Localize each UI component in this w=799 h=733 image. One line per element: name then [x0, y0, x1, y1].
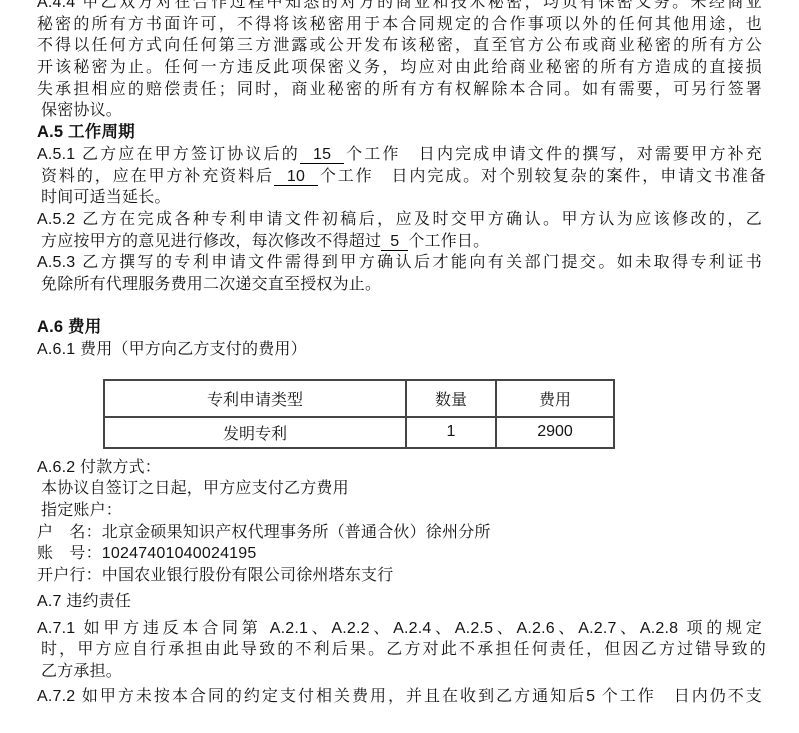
- clause-a44-line4: 开该秘密为止。任何一方违反此项保密义务，均应对由此给商业秘密的所有方造成的直接损: [37, 57, 762, 79]
- clause-a44-line6: 保密协议。: [37, 100, 766, 122]
- bank-line: 开户行：中国农业银行股份有限公司徐州塔东支行: [37, 565, 762, 587]
- account-name-line: 户 名：北京金硕果知识产权代理事务所（普通合伙）徐州分所: [37, 522, 762, 544]
- clause-a53-line1: A.5.3 乙方撰写的专利申请文件需得到甲方确认后才能向有关部门提交。如未取得专…: [37, 252, 762, 274]
- section-heading-a5: A.5 工作周期: [37, 122, 762, 144]
- clause-a44-line2: 秘密的所有方书面许可，不得将该秘密用于本合同规定的合作事项以外的任何其他用途，也: [37, 14, 762, 36]
- fee-table-header-row: 专利申请类型 数量 费用: [104, 380, 614, 417]
- clause-a62: A.6.2 付款方式：: [37, 457, 762, 479]
- section-heading-a7: A.7 违约责任: [37, 591, 762, 613]
- clause-a44-line3: 不得以任何方式向任何第三方泄露或公开发布该秘密，直至官方公布或商业秘密的所有方公: [37, 35, 762, 57]
- clause-a71-line2: 时，甲方应自行承担由此导致的不利后果。乙方对此不承担任何责任，但因乙方过错导致的: [37, 639, 766, 661]
- clause-a71-line3: 乙方承担。: [37, 661, 766, 683]
- fill-in-days-5: 5: [381, 233, 408, 251]
- section-heading-a6: A.6 费用: [37, 317, 762, 339]
- fee-table-header-type: 专利申请类型: [104, 380, 406, 417]
- clause-a51-line1-pre: A.5.1 乙方应在甲方签订协议后的: [37, 146, 300, 163]
- clause-a51-line2: 资料的，应在甲方补充资料后10个工作 日内完成。对个别较复杂的案件，申请文书准备: [37, 166, 766, 188]
- clause-a53-line2: 免除所有代理服务费用二次递交直至授权为止。: [37, 274, 766, 296]
- document-page: A.4.4 甲乙双方对在合作过程中知悉的对方的商业和技术秘密，均负有保密义务。未…: [0, 0, 799, 733]
- payment-line2: 指定账户：: [37, 500, 766, 522]
- fee-table-cell-type: 发明专利: [104, 417, 406, 448]
- fill-in-days-15: 15: [300, 146, 344, 164]
- clause-a72-line1: A.7.2 如甲方未按本合同的约定支付相关费用，并且在收到乙方通知后5 个工作 …: [37, 686, 762, 708]
- clause-a44-line5: 失承担相应的赔偿责任；同时，商业秘密的所有方有权解除本合同。如有需要，可另行签署: [37, 79, 762, 101]
- clause-a61: A.6.1 费用（甲方向乙方支付的费用）: [37, 339, 762, 361]
- clause-a52-line2-pre: 方应按甲方的意见进行修改，每次修改不得超过: [41, 233, 381, 250]
- fee-table-cell-qty: 1: [406, 417, 496, 448]
- clause-a52-line2-post: 个工作日。: [408, 233, 489, 250]
- document-content: A.4.4 甲乙双方对在合作过程中知悉的对方的商业和技术秘密，均负有保密义务。未…: [37, 0, 799, 707]
- clause-a51-line1: A.5.1 乙方应在甲方签订协议后的15个工作 日内完成申请文件的撰写，对需要甲…: [37, 144, 762, 166]
- payment-line1: 本协议自签订之日起，甲方应支付乙方费用: [37, 478, 766, 500]
- clause-a51-line2-pre: 资料的，应在甲方补充资料后: [41, 168, 274, 185]
- clause-a52-line1: A.5.2 乙方在完成各种专利申请文件初稿后，应及时交甲方确认。甲方认为应该修改…: [37, 209, 762, 231]
- clause-a51-line2-post: 个工作 日内完成。对个别较复杂的案件，申请文书准备: [318, 168, 766, 185]
- clause-a51-line1-post: 个工作 日内完成申请文件的撰写，对需要甲方补充: [344, 146, 762, 163]
- fill-in-days-10: 10: [274, 168, 318, 186]
- fee-table-cell-fee: 2900: [496, 417, 614, 448]
- fee-table-header-fee: 费用: [496, 380, 614, 417]
- fee-table-header-qty: 数量: [406, 380, 496, 417]
- clause-a52-line2: 方应按甲方的意见进行修改，每次修改不得超过5个工作日。: [37, 231, 766, 253]
- clause-a51-line3: 时间可适当延长。: [37, 187, 766, 209]
- account-number-line: 账 号：10247401040024195: [37, 543, 762, 565]
- clause-a71-line1: A.7.1 如甲方违反本合同第 A.2.1、A.2.2、A.2.4、A.2.5、…: [37, 618, 762, 640]
- fee-table-data-row: 发明专利 1 2900: [104, 417, 614, 448]
- fee-table: 专利申请类型 数量 费用 发明专利 1 2900: [103, 379, 615, 449]
- clause-a44-line1-clipped: A.4.4 甲乙双方对在合作过程中知悉的对方的商业和技术秘密，均负有保密义务。未…: [37, 0, 762, 14]
